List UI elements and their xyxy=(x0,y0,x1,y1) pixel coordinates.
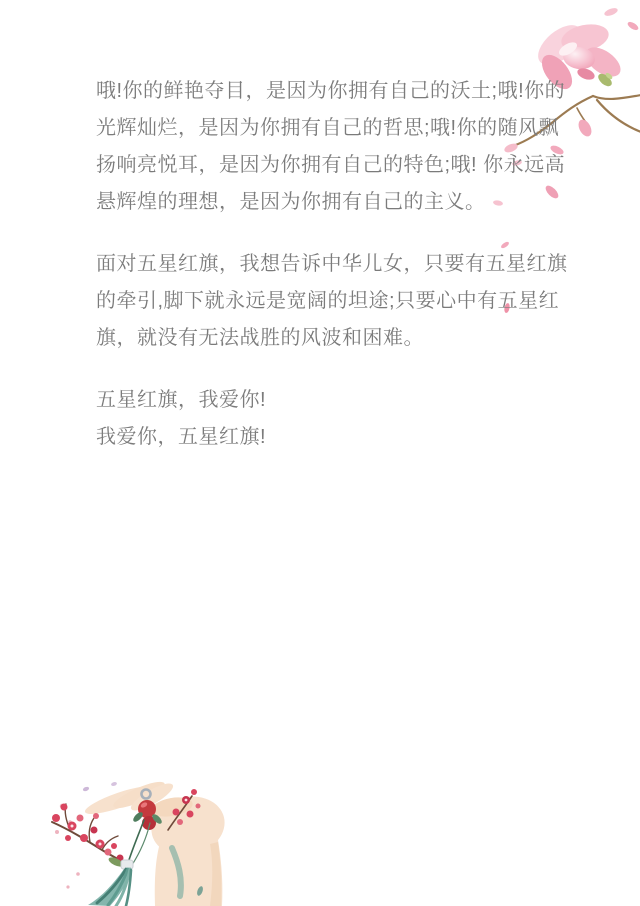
text-line: 面对五星红旗，我想告诉中华儿女，只要有五星红旗 xyxy=(96,246,566,283)
document-text: 哦!你的鲜艳夺目，是因为你拥有自己的沃土;哦!你的 光辉灿烂，是因为你拥有自己的… xyxy=(96,73,566,456)
document-page: 哦!你的鲜艳夺目，是因为你拥有自己的沃土;哦!你的 光辉灿烂，是因为你拥有自己的… xyxy=(0,0,640,906)
pendant-bead xyxy=(132,800,164,830)
text-line: 哦!你的鲜艳夺目，是因为你拥有自己的沃土;哦!你的 xyxy=(96,73,566,110)
scattered-petals xyxy=(55,804,80,889)
ribbon-tip xyxy=(196,885,204,896)
plum-blossom-branch xyxy=(52,789,201,869)
text-line: 旗，就没有无法战胜的风波和困难。 xyxy=(96,320,566,357)
paragraph-1: 哦!你的鲜艳夺目，是因为你拥有自己的沃土;哦!你的 光辉灿烂，是因为你拥有自己的… xyxy=(96,73,566,221)
hand-tassel-illustration xyxy=(50,750,240,906)
fingernail xyxy=(111,781,118,786)
text-line: 的牵引,脚下就永远是宽阔的坦途;只要心中有五星红 xyxy=(96,283,566,320)
leaf xyxy=(596,71,614,88)
hand xyxy=(82,777,231,906)
tassel-cords xyxy=(128,820,150,865)
paragraph-2: 面对五星红旗，我想告诉中华儿女，只要有五星红旗 的牵引,脚下就永远是宽阔的坦途;… xyxy=(96,246,566,357)
ribbon xyxy=(172,848,181,896)
branch-leaf xyxy=(107,855,124,868)
jade-ring xyxy=(142,790,151,799)
paragraph-3: 五星红旗，我爱你! 我爱你，五星红旗! xyxy=(96,382,566,456)
text-line: 五星红旗，我爱你! xyxy=(96,382,566,419)
plum-blossoms xyxy=(52,789,201,862)
text-line: 我爱你，五星红旗! xyxy=(96,419,566,456)
fingernail xyxy=(82,786,89,792)
text-line: 光辉灿烂，是因为你拥有自己的哲思;哦!你的随风飘 xyxy=(96,110,566,147)
falling-petal xyxy=(603,7,639,32)
flower-bud xyxy=(576,117,594,138)
tassel xyxy=(88,860,133,906)
text-line: 悬辉煌的理想，是因为你拥有自己的主义。 xyxy=(96,184,566,221)
text-line: 扬响亮悦耳，是因为你拥有自己的特色;哦! 你永远高 xyxy=(96,147,566,184)
